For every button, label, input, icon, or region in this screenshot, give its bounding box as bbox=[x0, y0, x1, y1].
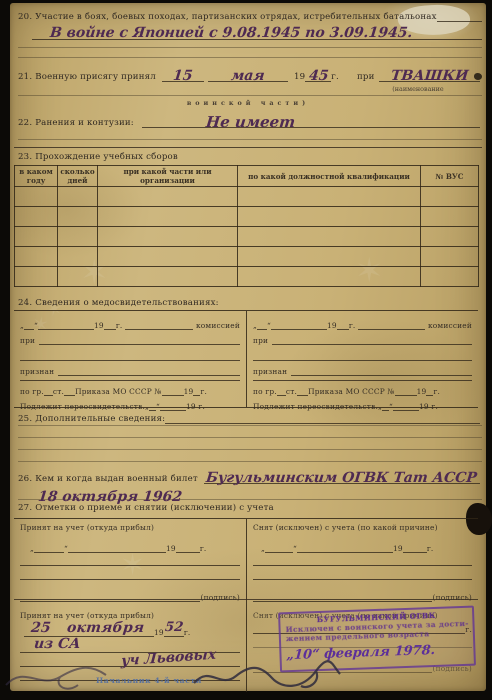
blank bbox=[291, 363, 472, 376]
table-row bbox=[15, 207, 479, 227]
blank: октября bbox=[58, 621, 154, 637]
order-label: Приказа МО СССР № bbox=[308, 387, 395, 396]
blank bbox=[253, 348, 472, 361]
st-label: ст. bbox=[286, 387, 297, 396]
table-header-row: в каком году сколько дней при какой част… bbox=[15, 166, 479, 187]
col-header-vus: № ВУС bbox=[421, 166, 479, 187]
st-label: ст. bbox=[53, 387, 64, 396]
combat-entry-handwritten: В войне с Японией с 9.08.1945 по 3.09.19… bbox=[49, 26, 413, 40]
training-camps-table: в каком году сколько дней при какой част… bbox=[14, 165, 479, 287]
issued-by-label: 26. Кем и когда выдан военный билет bbox=[18, 474, 198, 484]
training-camps-label: 23. Прохождение учебных сборов bbox=[18, 152, 178, 162]
year-prefix: 19 bbox=[393, 544, 403, 553]
blank bbox=[38, 317, 94, 330]
medical-column-left: „“ 19г. комиссией при признан bbox=[14, 311, 246, 407]
year-prefix: 19 bbox=[154, 628, 164, 637]
combat-participation-label: 20. Участие в боях, боевых походах, парт… bbox=[18, 12, 437, 22]
po-gr-label: по гр. bbox=[253, 387, 277, 396]
year-suffix: г. bbox=[116, 321, 123, 330]
year-prefix: 19 bbox=[166, 544, 176, 553]
order-label: Приказа МО СССР № bbox=[75, 387, 162, 396]
ruled-line bbox=[18, 95, 482, 96]
accepted-month-handwritten: октября bbox=[67, 621, 146, 635]
registration-marks-label: 27. Отметки о приеме и снятии (исключени… bbox=[18, 503, 274, 513]
ruled-line bbox=[18, 449, 482, 450]
accepted-year-handwritten: 52 bbox=[164, 621, 184, 634]
blank bbox=[337, 317, 349, 330]
divider-line bbox=[253, 380, 472, 381]
oath-label: 21. Военную присягу принял bbox=[18, 72, 156, 82]
year-prefix: 19 bbox=[419, 402, 429, 411]
oath-year-suffix: г. bbox=[331, 72, 339, 82]
removed-signature-row: (подпись) bbox=[253, 589, 472, 602]
blank-line bbox=[437, 9, 482, 22]
combat-entry-line: В войне с Японией с 9.08.1945 по 3.09.19… bbox=[32, 22, 482, 40]
blank bbox=[403, 540, 427, 553]
year-prefix: 19 bbox=[186, 402, 196, 411]
blank bbox=[149, 398, 156, 411]
oath-year-blank: 45 bbox=[305, 69, 331, 82]
issued-by-row: 26. Кем и когда выдан военный билет Бугу… bbox=[18, 471, 480, 484]
medical-exams-label: 24. Сведения о медосвидетельствованиях: bbox=[18, 298, 219, 308]
ruled-line bbox=[18, 437, 482, 438]
blank bbox=[160, 398, 186, 411]
year-prefix: 19 bbox=[327, 321, 337, 330]
oath-year-handwritten: 45 bbox=[308, 69, 329, 83]
blank: 25 bbox=[24, 621, 58, 637]
wounds-row: 22. Ранения и контузии: Не имеет bbox=[18, 115, 480, 128]
oath-at-label: при bbox=[357, 72, 375, 82]
oath-day-handwritten: 15 bbox=[172, 69, 193, 83]
commission-label: комиссией bbox=[428, 321, 472, 330]
ruled-line bbox=[18, 425, 482, 426]
removed-date-row: „“ 19г. bbox=[261, 540, 472, 553]
med-date-row: „“ 19г. комиссией bbox=[20, 317, 240, 330]
blank bbox=[20, 348, 240, 361]
blank bbox=[272, 332, 472, 345]
issued-by-handwritten: Бугульминским ОГВК Тат АССР bbox=[206, 471, 478, 485]
med-order-row: по гр. ст. Приказа МО СССР № 19г. bbox=[20, 383, 240, 396]
blank bbox=[297, 540, 393, 553]
divider-line bbox=[20, 380, 240, 381]
corner-signature-stroke bbox=[2, 653, 112, 695]
blank bbox=[162, 383, 184, 396]
po-gr-label: по гр. bbox=[20, 387, 44, 396]
oath-day-blank: 15 bbox=[162, 69, 204, 82]
signature-label: (подпись) bbox=[200, 593, 240, 602]
blank bbox=[193, 383, 200, 396]
ruled-line bbox=[18, 461, 482, 462]
med-date-row: „“ 19г. комиссией bbox=[253, 317, 472, 330]
document-page: ✶ ✶ ✶ ✶✶ 20. Участие в боях, боевых похо… bbox=[10, 3, 486, 691]
med-resurvey-row: Подлежит переосвидетельств. „“ 19 г. bbox=[253, 398, 472, 411]
ruled-line bbox=[18, 47, 482, 48]
blank-line bbox=[165, 411, 480, 424]
blank bbox=[44, 383, 53, 396]
accepted-date-row: „“ 19г. bbox=[30, 540, 240, 553]
additional-info-row: 25. Дополнительные сведения: bbox=[18, 411, 480, 424]
year-suffix: г. bbox=[349, 321, 356, 330]
year-suffix: г. bbox=[427, 544, 434, 553]
accepted-header-2: Принят на учет (откуда прибыл) bbox=[20, 611, 240, 620]
oath-year-prefix: 19 bbox=[294, 72, 305, 82]
oath-month-blank: мая bbox=[208, 69, 288, 82]
blank bbox=[58, 363, 240, 376]
table-row bbox=[15, 267, 479, 287]
at-label: при bbox=[20, 336, 35, 345]
ruled-line bbox=[18, 57, 482, 58]
oath-month-handwritten: мая bbox=[230, 69, 265, 83]
blank bbox=[24, 317, 34, 330]
blank bbox=[253, 589, 432, 602]
year-suffix: г. bbox=[184, 628, 191, 637]
blank: 52 bbox=[164, 621, 184, 637]
footer-signature-stroke bbox=[188, 659, 348, 693]
blank bbox=[68, 540, 166, 553]
blank bbox=[271, 317, 327, 330]
issued-by-blank: Бугульминским ОГВК Тат АССР bbox=[204, 471, 480, 484]
accepted-signature-row: (подпись) bbox=[20, 589, 240, 602]
medical-column-right: „“ 19г. комиссией при признан bbox=[246, 311, 478, 407]
at-label: при bbox=[253, 336, 268, 345]
recognized-label: признан bbox=[253, 367, 287, 376]
blank bbox=[395, 383, 417, 396]
resurvey-label: Подлежит переосвидетельств. bbox=[20, 402, 145, 411]
blank bbox=[426, 383, 433, 396]
med-resurvey-row: Подлежит переосвидетельств. „“ 19 г. bbox=[20, 398, 240, 411]
med-blank-row bbox=[253, 348, 472, 361]
col-header-qualification: по какой должностной квалификации bbox=[238, 166, 421, 187]
wounds-label: 22. Ранения и контузии: bbox=[18, 118, 134, 128]
unit-hint-bottom: воинской части) bbox=[10, 99, 486, 107]
ruled-line bbox=[18, 139, 482, 140]
year-suffix: г. bbox=[198, 402, 205, 411]
wounds-blank: Не имеет bbox=[142, 115, 480, 128]
blank bbox=[382, 398, 389, 411]
table-row bbox=[15, 247, 479, 267]
issued-date-line: 18 октября 1962 bbox=[18, 486, 482, 500]
blank bbox=[176, 540, 200, 553]
removed-header: Снят (исключен) с учета (по какой причин… bbox=[253, 523, 472, 532]
ruled-line bbox=[20, 579, 240, 580]
ruled-line bbox=[253, 579, 472, 580]
year-prefix: 19 bbox=[184, 387, 194, 396]
blank bbox=[358, 317, 424, 330]
oath-unit-handwritten: ТВАШКИ bbox=[390, 69, 469, 83]
medical-exams-box: „“ 19г. комиссией при признан bbox=[14, 310, 478, 408]
blank bbox=[277, 383, 286, 396]
scanned-document: ✶ ✶ ✶ ✶✶ 20. Участие в боях, боевых похо… bbox=[0, 0, 492, 700]
table-row bbox=[15, 187, 479, 207]
med-blank-row bbox=[20, 348, 240, 361]
year-suffix: г. bbox=[200, 387, 207, 396]
blank bbox=[64, 383, 75, 396]
blank bbox=[125, 317, 192, 330]
accepted-from-handwritten: из СА bbox=[33, 637, 81, 651]
med-recognized-row: признан bbox=[20, 363, 240, 376]
year-suffix: г. bbox=[431, 402, 438, 411]
year-prefix: 19 bbox=[417, 387, 427, 396]
blank bbox=[393, 398, 419, 411]
col-header-unit: при какой части или организации bbox=[98, 166, 238, 187]
accepted-header: Принят на учет (откуда прибыл) bbox=[20, 523, 240, 532]
col-header-days: сколько дней bbox=[58, 166, 98, 187]
ruled-line bbox=[20, 565, 240, 566]
commission-label: комиссией bbox=[196, 321, 240, 330]
signature-label: (подпись) bbox=[432, 593, 472, 602]
blank bbox=[257, 317, 267, 330]
blank bbox=[34, 540, 64, 553]
resurvey-label: Подлежит переосвидетельств. bbox=[253, 402, 378, 411]
ruled-line bbox=[14, 147, 482, 148]
blank bbox=[104, 317, 116, 330]
ruled-line bbox=[253, 565, 472, 566]
year-suffix: г. bbox=[433, 387, 440, 396]
combat-participation-row: 20. Участие в боях, боевых походах, парт… bbox=[18, 9, 482, 22]
blank bbox=[265, 540, 293, 553]
unit-hint-top: (наименование bbox=[362, 85, 474, 93]
table-row bbox=[15, 227, 479, 247]
wounds-handwritten: Не имеет bbox=[206, 115, 297, 130]
recognized-label: признан bbox=[20, 367, 54, 376]
blank bbox=[39, 332, 240, 345]
issued-date-handwritten: 18 октября 1962 bbox=[37, 490, 182, 504]
oath-unit-blank: ТВАШКИ bbox=[379, 69, 481, 82]
med-recognized-row: признан bbox=[253, 363, 472, 376]
accepted-date-filled-row: 25 октября 1952г. bbox=[24, 621, 240, 637]
col-header-year: в каком году bbox=[15, 166, 58, 187]
blank bbox=[297, 383, 308, 396]
year-suffix: г. bbox=[200, 544, 207, 553]
med-at-row: при bbox=[253, 332, 472, 345]
accepted-day-handwritten: 25 bbox=[30, 621, 51, 635]
oath-row: 21. Военную присягу принял 15 мая 19 45 … bbox=[18, 69, 480, 82]
med-at-row: при bbox=[20, 332, 240, 345]
med-order-row: по гр. ст. Приказа МО СССР № 19г. bbox=[253, 383, 472, 396]
year-prefix: 19 bbox=[94, 321, 104, 330]
blank bbox=[20, 589, 200, 602]
additional-info-label: 25. Дополнительные сведения: bbox=[18, 414, 165, 424]
